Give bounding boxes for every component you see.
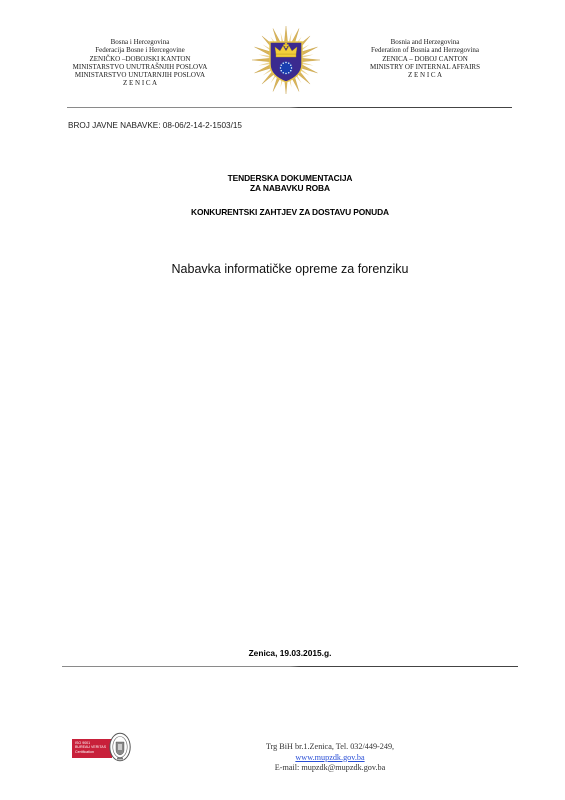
footer-contact: Trg BiH br.1.Zenica, Tel. 032/449-249, w… xyxy=(230,742,430,774)
website-link[interactable]: www.mupzdk.gov.ba xyxy=(295,753,364,762)
title-line-1: TENDERSKA DOKUMENTACIJA xyxy=(0,173,565,183)
header-left-line: Bosna i Hercegovina xyxy=(45,38,235,46)
header-right-line: Bosnia and Herzegovina xyxy=(330,38,520,46)
footer-divider xyxy=(62,666,518,667)
title-line-2: ZA NABAVKU ROBA xyxy=(0,183,565,193)
header-left-line: MINISTARSTVO UNUTARNJIH POSLOVA xyxy=(45,71,235,79)
procurement-number: BROJ JAVNE NABAVKE: 08-06/2-14-2-1503/15 xyxy=(68,121,242,130)
procurement-subject: Nabavka informatičke opreme za forenziku xyxy=(0,262,565,276)
header-right-institution: Bosnia and Herzegovina Federation of Bos… xyxy=(330,38,520,79)
header-left-line: Federacija Bosne i Hercegovine xyxy=(45,46,235,54)
document-subtitle: KONKURENTSKI ZAHTJEV ZA DOSTAVU PONUDA xyxy=(0,207,565,217)
header-left-institution: Bosna i Hercegovina Federacija Bosne i H… xyxy=(45,38,235,88)
police-star-crest-icon xyxy=(250,24,322,96)
document-title: TENDERSKA DOKUMENTACIJA ZA NABAVKU ROBA xyxy=(0,173,565,193)
header-left-line: ZENIČKO –DOBOJSKI KANTON xyxy=(45,55,235,63)
header-right-line: Z E N I C A xyxy=(330,71,520,79)
header-right-line: MINISTRY OF INTERNAL AFFAIRS xyxy=(330,63,520,71)
place-and-date: Zenica, 19.03.2015.g. xyxy=(0,648,565,658)
header-left-line: MINISTARSTVO UNUTRAŠNJIH POSLOVA xyxy=(45,63,235,71)
iso-certification-badge: ISO 9001 BUREAU VERITAS Certification xyxy=(72,739,112,758)
footer-email: E-mail: mupzdk@mupzdk.gov.ba xyxy=(230,763,430,774)
header-left-line: Z E N I C A xyxy=(45,79,235,87)
cert-line: Certification xyxy=(75,750,112,754)
header-divider xyxy=(67,107,512,108)
footer-address: Trg BiH br.1.Zenica, Tel. 032/449-249, xyxy=(230,742,430,753)
bureau-veritas-seal-icon xyxy=(109,732,131,762)
header-right-line: ZENICA – DOBOJ CANTON xyxy=(330,55,520,63)
header-right-line: Federation of Bosnia and Herzegovina xyxy=(330,46,520,54)
